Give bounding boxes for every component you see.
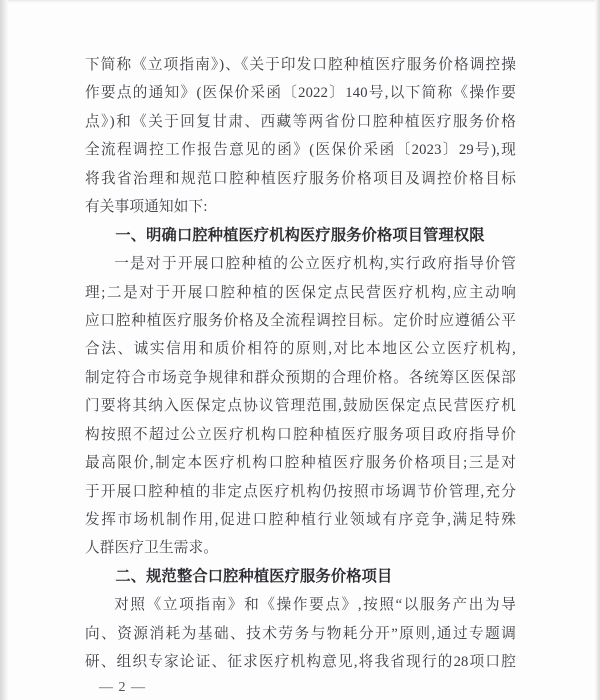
doc-line: 应口腔种植医疗服务价格及全流程调控目标。定价时应遵循公平: [85, 307, 516, 335]
doc-section-heading-2: 二、规范整合口腔种植医疗服务价格项目: [85, 563, 516, 591]
page-number: — 2 —: [99, 679, 146, 697]
doc-line: 于开展口腔种植的非定点医疗机构仍按照市场调节价管理,充分: [85, 478, 516, 506]
doc-line: 门要将其纳入医保定点协议管理范围,鼓励医保定点民营医疗机: [85, 392, 516, 420]
doc-line: 全流程调控工作报告意见的函》(医保价采函〔2023〕29号),现: [85, 136, 516, 164]
doc-line: 合法、诚实信用和质价相符的原则,对比本地区公立医疗机构,: [85, 335, 516, 363]
doc-line: 下简称《立项指南》)、《关于印发口腔种植医疗服务价格调控操: [85, 51, 516, 79]
scanned-document-page: 下简称《立项指南》)、《关于印发口腔种植医疗服务价格调控操 作要点的通知》(医保…: [0, 0, 600, 700]
doc-line: 有关事项通知如下:: [85, 193, 516, 221]
page-left-edge-shadow: [0, 0, 8, 700]
doc-line: 发挥市场机制作用,促进口腔种植行业领域有序竞争,满足特殊: [85, 506, 516, 534]
doc-line: 点》)和《关于回复甘肃、西藏等两省份口腔种植医疗服务价格: [85, 108, 516, 136]
doc-line: 制定符合市场竞争规律和群众预期的合理价格。各统筹区医保部: [85, 364, 516, 392]
doc-line: 人群医疗卫生需求。: [85, 534, 516, 562]
doc-line: 一是对于开展口腔种植的公立医疗机构,实行政府指导价管: [85, 250, 516, 278]
doc-line: 作要点的通知》(医保价采函〔2022〕140号,以下简称《操作要: [85, 79, 516, 107]
doc-section-heading-1: 一、明确口腔种植医疗机构医疗服务价格项目管理权限: [85, 222, 516, 250]
doc-line: 理;二是对于开展口腔种植的医保定点民营医疗机构,应主动响: [85, 279, 516, 307]
screenshot-root: { "page": { "kind": "scanned-official-no…: [0, 0, 600, 700]
doc-line: 向、资源消耗为基础、技术劳务与物耗分开”原则,通过专题调: [85, 620, 516, 648]
document-body-text: 下简称《立项指南》)、《关于印发口腔种植医疗服务价格调控操 作要点的通知》(医保…: [85, 51, 516, 677]
page-top-edge-shadow: [0, 0, 600, 3]
page-right-edge-shadow: [595, 0, 600, 700]
doc-line: 最高限价,制定本医疗机构口腔种植医疗服务价格项目;三是对: [85, 449, 516, 477]
doc-line: 将我省治理和规范口腔种植医疗服务价格项目及调控价格目标: [85, 165, 516, 193]
doc-line: 研、组织专家论证、征求医疗机构意见,将我省现行的28项口腔: [85, 648, 516, 676]
doc-line: 构按照不超过公立医疗机构口腔种植医疗服务项目政府指导价: [85, 421, 516, 449]
doc-line: 对照《立项指南》和《操作要点》,按照“以服务产出为导: [85, 591, 516, 619]
